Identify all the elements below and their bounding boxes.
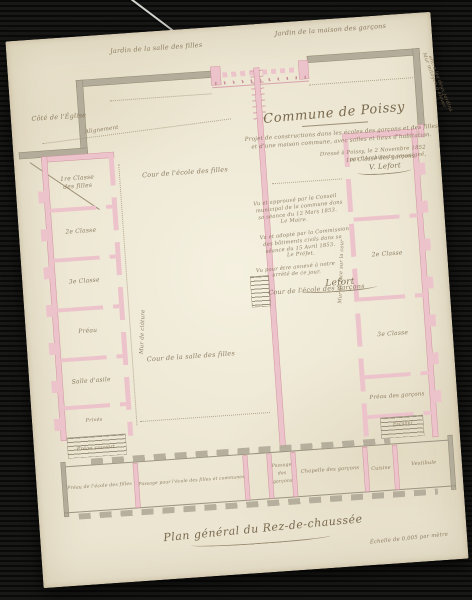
room-label: Préau (56, 326, 120, 337)
room-label: Chapelle des garçons (296, 466, 364, 476)
room-label: 3e Classe (52, 276, 116, 287)
right-wing-partition (365, 371, 429, 379)
dimension-line (110, 93, 212, 101)
dimension-line (309, 77, 413, 85)
label-mur-mitoyen-2: entre les deux jardins (420, 40, 458, 128)
left-wing-partition (57, 304, 119, 312)
left-wing-partition (50, 204, 112, 212)
label-cour-filles: Cour de l'école des filles (120, 165, 250, 182)
gate-columns-right (262, 67, 296, 74)
wall-segment-top-right (307, 49, 419, 63)
room-label: 3e Classe (361, 329, 425, 340)
room-label: Privés (62, 416, 126, 426)
photo-backdrop: { "colors": { "paper": "#ebe5d1", "ink":… (0, 0, 472, 600)
scale-note: Échelle de 0,005 par mètre (357, 530, 461, 547)
wall-segment-top-left (76, 71, 216, 87)
dimension-line (272, 178, 342, 184)
dimension-line (140, 412, 270, 422)
label-cote-eglise: Côté de l'Église (19, 111, 99, 124)
room-label: Préau de l'école des filles (65, 482, 135, 492)
approval-note-line: Le Maire. (281, 216, 341, 226)
right-wing-partition (359, 293, 423, 301)
room-label: Salle d'asile (59, 376, 123, 387)
room-label: Cuisine (367, 465, 395, 472)
label-mur-cloture: Mur de clôture (138, 277, 148, 387)
bottom-band-crenellation-bottom (79, 488, 439, 519)
plan-sheet: Jardin de la salle des filles Jardin de … (5, 12, 468, 588)
left-wing-partition (54, 254, 116, 262)
right-wing-partition (354, 213, 418, 221)
left-wing-partition (61, 354, 123, 362)
bottom-band-bottom-line (64, 485, 455, 513)
label-jardin-garcons: Jardin de la maison des garçons (245, 21, 415, 40)
room-label: Passage pour l'école des filles et commu… (138, 475, 244, 487)
left-wing-partition (64, 402, 126, 410)
white-thread (129, 0, 175, 32)
room-label: Vestibule (398, 460, 450, 469)
label-jardin-filles: Jardin de la salle des filles (76, 39, 236, 58)
room-label: Préau des garçons (353, 390, 441, 402)
room-label: 2e Classe (49, 227, 113, 238)
